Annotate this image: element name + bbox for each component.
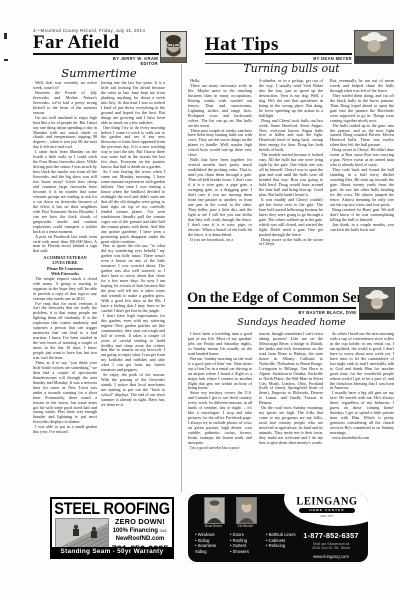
leingang-brand-sub: HOME CENTER bbox=[299, 508, 355, 514]
leingang-services-col2: • Doors • Roofing • Gutters • Showers bbox=[230, 532, 262, 554]
scan-artifact bbox=[4, 33, 7, 39]
common-sense-title: On the Edge of Common Sense bbox=[187, 290, 376, 307]
leingang-address: Visit our Showroom at 2010 2nd St. SE, M… bbox=[300, 542, 362, 551]
leingang-person2-photo bbox=[236, 497, 257, 524]
column-divider bbox=[181, 64, 182, 492]
financing-note: OAC bbox=[160, 529, 168, 533]
portrait-man-beard-glasses bbox=[161, 32, 186, 62]
far-afield-column-2: having one the last few years. It is a l… bbox=[101, 81, 165, 493]
far-afield-headline: Summertime bbox=[33, 66, 165, 80]
leingang-since: Since 1977 bbox=[292, 514, 362, 518]
portrait-cowboy-mustache bbox=[360, 288, 394, 319]
hat-tips-byline: BY DEAN MEYER bbox=[252, 56, 352, 61]
newspaper-page: 4—Mountrail County Record, Friday, July … bbox=[0, 0, 400, 600]
common-sense-column-1: I have been a traveling man a good part … bbox=[188, 332, 252, 492]
common-sense-column-3: So when I head out the next morning with… bbox=[330, 332, 394, 492]
far-afield-title: Far Afield bbox=[33, 32, 120, 54]
steel-roofing-offer: ZERO DOWN! bbox=[109, 517, 171, 526]
common-sense-title-rule bbox=[188, 307, 356, 309]
leingang-person2-name: Sid Becker bbox=[228, 524, 263, 528]
leingang-contact-block: 1-877-852-6357 Visit our Showroom at 201… bbox=[300, 531, 362, 559]
steel-roofing-website: NewRoofND.com bbox=[109, 536, 171, 542]
jerry-kram-portrait bbox=[160, 31, 187, 63]
hat-tips-column-3: But, eventually he ran out of mean words… bbox=[330, 79, 394, 285]
leingang-website: www.leingang.com bbox=[300, 554, 362, 559]
headshot-photo bbox=[237, 498, 256, 523]
common-sense-byline: BY BAXTER BLACK, DVM bbox=[256, 310, 356, 315]
far-afield-col1-text-a: Well, that was certainly an active week,… bbox=[33, 81, 97, 254]
far-afield-col1-text-b: The simple request struck a chord with m… bbox=[33, 277, 97, 436]
hat-tips-headline: Turning bulls out bbox=[188, 62, 395, 75]
leingang-person1-photo bbox=[204, 497, 225, 524]
far-afield-title-rule bbox=[33, 53, 159, 55]
leingang-brand-name: LEINGANG bbox=[292, 495, 362, 507]
leingang-ad: LEINGANG HOME CENTER Since 1977 Brad Bra… bbox=[188, 494, 368, 562]
sign-line: With Fireworks bbox=[33, 271, 97, 276]
hat-tips-title-rule bbox=[205, 53, 352, 55]
leingang-person1-name: Brad Braun bbox=[196, 524, 231, 528]
far-afield-column-1: Well, that was certainly an active week,… bbox=[33, 81, 97, 493]
leingang-logo: LEINGANG HOME CENTER Since 1977 bbox=[292, 496, 362, 518]
steel-roofing-ad-title: STEEL ROOFING bbox=[52, 500, 172, 518]
steel-roofing-financing: 100% Financing OAC bbox=[109, 528, 171, 534]
common-sense-headline: Sundays headed home bbox=[188, 317, 395, 328]
veteran-sign-block: A COMBAT VETERAN LIVES HERE Please Be Co… bbox=[33, 255, 97, 275]
headshot-photo bbox=[205, 498, 224, 523]
steel-roofing-ad: STEEL ROOFING ZERO DOWN! 100% Financing … bbox=[50, 497, 174, 559]
scan-artifact bbox=[4, 59, 8, 61]
steel-roofing-footer: Standing Seam - 50yr Warranty bbox=[52, 547, 172, 557]
common-sense-column-2: tourist, though sometimes I can't resist… bbox=[259, 332, 323, 492]
portrait-man-white-hat bbox=[355, 31, 393, 63]
leingang-address-line2: 2010 2nd St. SE, Minot bbox=[300, 546, 362, 551]
baxter-black-portrait bbox=[359, 287, 395, 320]
financing-text: 100% Financing bbox=[113, 528, 158, 534]
leingang-services-col1: • Windows • Siding • Seamless Siding bbox=[195, 532, 225, 554]
dean-meyer-portrait bbox=[354, 30, 394, 64]
leingang-phone: 1-877-852-6357 bbox=[300, 531, 362, 540]
hat-tips-column-1: Hello, There are many necessary evils in… bbox=[188, 79, 252, 285]
hat-tips-column-2: 4-wheeler, or in a pickup, get out of th… bbox=[259, 79, 323, 285]
